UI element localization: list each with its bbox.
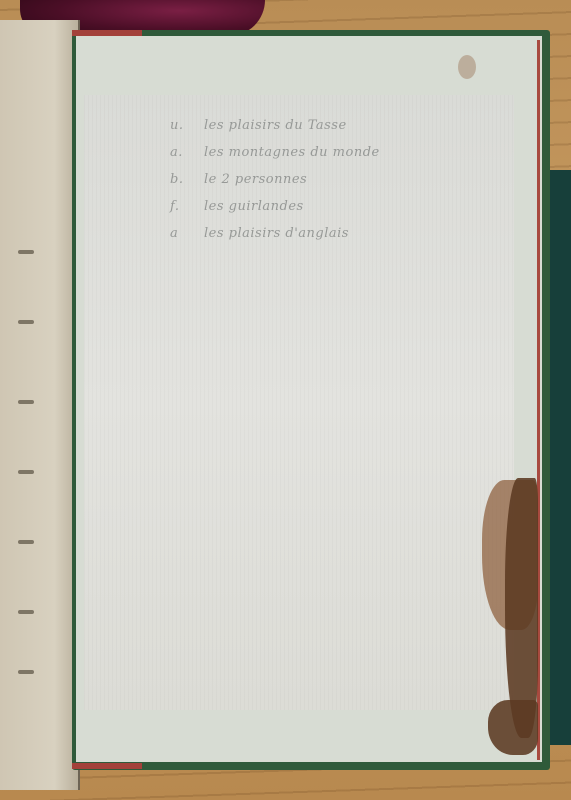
water-stain-dark: [505, 478, 538, 738]
note-line: u.les plaisirs du Tasse: [170, 112, 510, 139]
note-line: a.les montagnes du monde: [170, 139, 510, 166]
dark-cloth-strip: [548, 170, 571, 745]
note-line: f.les guirlandes: [170, 193, 510, 220]
water-stain-corner: [488, 700, 538, 755]
note-line: b.le 2 personnes: [170, 166, 510, 193]
top-stain: [458, 55, 476, 79]
handwritten-notes: u.les plaisirs du Tasse a.les montagnes …: [170, 112, 510, 247]
cover-corner-red-bottom: [72, 763, 142, 769]
note-line: ales plaisirs d'anglais: [170, 220, 510, 247]
left-page: [0, 20, 80, 790]
